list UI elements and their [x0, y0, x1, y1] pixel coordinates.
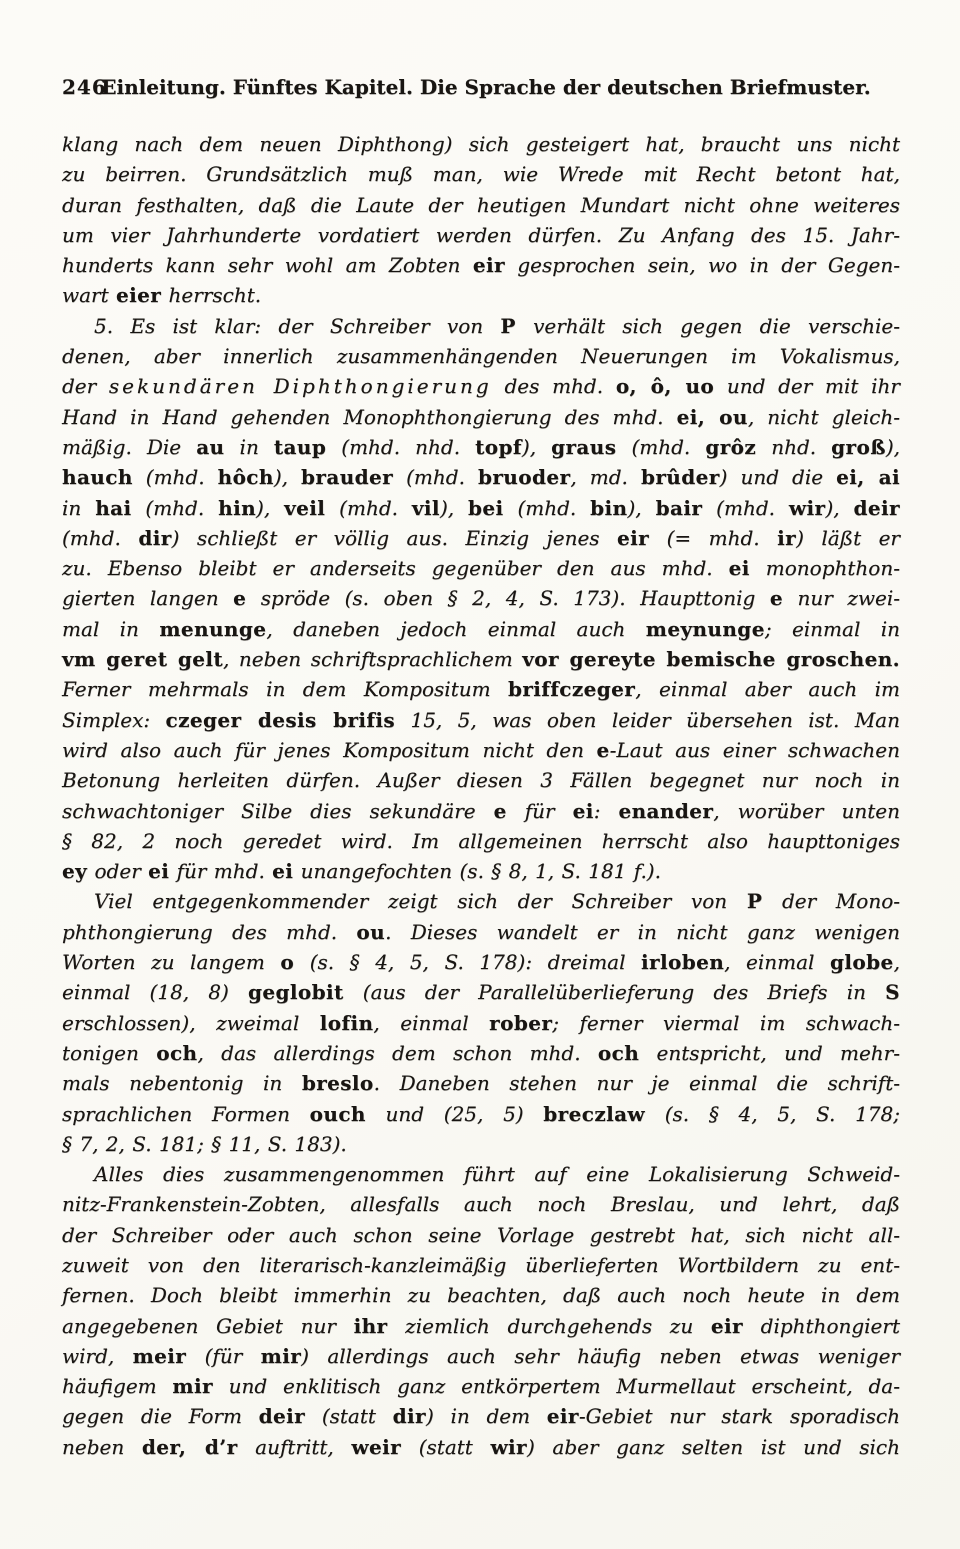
text-segment: spröde (s. oben § 2, 4, S. 173). Hauptto…	[246, 586, 770, 610]
book-page: 246 Einleitung. Fünftes Kapitel. Die Spr…	[0, 0, 960, 1549]
text-line: phthongierung des mhd. ou. Dieses wandel…	[62, 917, 900, 947]
text-line: neben der, d’r auftritt, weir (statt wir…	[62, 1432, 900, 1462]
text-segment: , einmal	[724, 950, 830, 974]
text-segment: des mhd.	[492, 374, 616, 398]
text-segment: ),	[628, 496, 656, 520]
text-segment: um vier Jahrhunderte vordatiert werden d…	[62, 223, 900, 247]
text-segment: (mhd.	[702, 496, 789, 520]
text-segment: hauch	[62, 465, 133, 489]
text-line: Simplex: czeger desis brifis 15, 5, was …	[62, 705, 900, 735]
text-segment: neben	[62, 1435, 142, 1459]
text-segment: menunge	[159, 617, 266, 641]
text-line: sprachlichen Formen ouch und (25, 5) bre…	[62, 1099, 900, 1129]
text-segment: ey	[62, 859, 87, 883]
page-header: 246 Einleitung. Fünftes Kapitel. Die Spr…	[62, 74, 900, 100]
text-segment: enander	[618, 799, 713, 823]
text-segment: veil	[284, 496, 325, 520]
text-line: wird, meir (für mir) allerdings auch seh…	[62, 1341, 900, 1371]
text-segment: brûder	[641, 465, 720, 489]
text-line: schwachtoniger Silbe dies sekundäre e fü…	[62, 796, 900, 826]
text-segment: ; ferner viermal im schwach-	[552, 1011, 900, 1035]
text-segment: (für	[186, 1344, 260, 1368]
text-segment: phthongierung des mhd.	[62, 920, 356, 944]
text-segment: Ferner mehrmals in dem Kompositum	[62, 677, 508, 701]
text-segment: ; einmal in	[765, 617, 900, 641]
text-segment: ziemlich durchgehends zu	[387, 1314, 710, 1338]
text-segment: für mhd.	[169, 859, 272, 883]
text-line: nitz-Frankenstein-Zobten, allesfalls auc…	[62, 1189, 900, 1219]
text-segment: tonigen	[62, 1041, 156, 1065]
text-line: einmal (18, 8) geglobit (aus der Paralle…	[62, 977, 900, 1007]
text-segment: meynunge	[646, 617, 765, 641]
text-segment: mir	[261, 1344, 302, 1368]
text-line: vm geret gelt, neben schriftsprachlichem…	[62, 644, 900, 674]
text-line: mals nebentonig in breslo. Daneben stehe…	[62, 1068, 900, 1098]
text-segment: lofin	[320, 1011, 374, 1035]
text-segment: (mhd.	[62, 526, 138, 550]
text-segment: und enklitisch ganz entkörpertem Murmell…	[213, 1374, 900, 1398]
text-segment: nur zwei-	[783, 586, 900, 610]
text-line: hunderts kann sehr wohl am Zobten eir ge…	[62, 250, 900, 280]
page-number: 246	[62, 74, 107, 100]
text-segment: angegebenen Gebiet nur	[62, 1314, 354, 1338]
text-segment: breslo	[302, 1071, 374, 1095]
text-segment: Hand in Hand gehenden Monophthongierung …	[62, 405, 677, 429]
text-segment: ),	[886, 435, 900, 459]
text-segment: briffczeger	[508, 677, 635, 701]
text-segment: ) schließt er völlig aus. Einzig jenes	[172, 526, 617, 550]
text-line: (mhd. dir) schließt er völlig aus. Einzi…	[62, 523, 900, 553]
text-segment: (aus der Parallelüberlieferung des Brief…	[344, 980, 886, 1004]
text-line: Alles dies zusammengenommen führt auf ei…	[62, 1159, 900, 1189]
text-segment: -Gebiet nur stark sporadisch	[579, 1404, 900, 1428]
text-segment: erschlossen), zweimal	[62, 1011, 320, 1035]
text-segment: ei	[148, 859, 169, 883]
text-segment: bair	[656, 496, 703, 520]
text-segment: eir	[547, 1404, 579, 1428]
text-segment: der Schreiber oder auch schon seine Vorl…	[62, 1223, 900, 1247]
text-segment: ),	[522, 435, 551, 459]
text-segment: ),	[256, 496, 284, 520]
text-segment: gierten langen	[62, 586, 233, 610]
text-segment: der, d’r	[142, 1435, 238, 1459]
text-line: wart eier herrscht.	[62, 280, 900, 310]
text-segment: vor gereyte bemische groschen.	[522, 647, 900, 671]
text-segment: e	[494, 799, 507, 823]
text-segment: irloben	[641, 950, 724, 974]
text-line: klang nach dem neuen Diphthong) sich ges…	[62, 129, 900, 159]
text-block: klang nach dem neuen Diphthong) sich ges…	[62, 129, 900, 1462]
text-segment: nhd.	[756, 435, 831, 459]
text-segment: in	[62, 496, 95, 520]
text-line: gegen die Form deir (statt dir) in dem e…	[62, 1401, 900, 1431]
text-segment: (statt	[305, 1404, 393, 1428]
text-segment: S	[885, 980, 900, 1004]
text-line: mäßig. Die au in taup (mhd. nhd. topf), …	[62, 432, 900, 462]
text-segment: Viel entgegenkommender zeigt sich der Sc…	[94, 889, 747, 913]
text-segment: bruoder	[478, 465, 570, 489]
text-segment: dir	[138, 526, 171, 550]
text-segment: ei	[729, 556, 750, 580]
text-segment: o, ô, uo	[616, 374, 714, 398]
text-segment: (mhd.	[133, 465, 218, 489]
text-segment: graus	[551, 435, 616, 459]
text-segment: wird also auch für jenes Kompositum nich…	[62, 738, 597, 762]
text-segment: entspricht, und mehr-	[639, 1041, 900, 1065]
text-line: fernen. Doch bleibt immerhin zu beachten…	[62, 1280, 900, 1310]
text-segment: für	[507, 799, 573, 823]
text-segment: sprachlichen Formen	[62, 1102, 310, 1126]
text-segment: hin	[218, 496, 256, 520]
text-segment: mals nebentonig in	[62, 1071, 302, 1095]
text-segment: , nicht gleich-	[748, 405, 900, 429]
text-segment: unangefochten (s. § 8, 1, S. 181 f.).	[293, 859, 661, 883]
text-line: Worten zu langem o (s. § 4, 5, S. 178): …	[62, 947, 900, 977]
text-segment: ),	[825, 496, 853, 520]
text-segment: ei	[573, 799, 594, 823]
text-line: in hai (mhd. hin), veil (mhd. vil), bei …	[62, 493, 900, 523]
text-segment: nitz-Frankenstein-Zobten, allesfalls auc…	[62, 1192, 900, 1216]
text-segment: -Laut aus einer schwachen	[610, 738, 900, 762]
text-segment: e	[233, 586, 246, 610]
text-segment: ) in dem	[426, 1404, 547, 1428]
text-segment: wir	[789, 496, 826, 520]
text-segment: eir	[711, 1314, 743, 1338]
text-segment: deir	[259, 1404, 305, 1428]
text-line: gierten langen e spröde (s. oben § 2, 4,…	[62, 583, 900, 613]
running-title: Einleitung. Fünftes Kapitel. Die Sprache…	[62, 74, 900, 100]
text-line: mal in menunge, daneben jedoch einmal au…	[62, 614, 900, 644]
text-segment: und (25, 5)	[366, 1102, 543, 1126]
text-segment: , neben schriftsprachlichem	[223, 647, 522, 671]
text-segment: der	[62, 374, 109, 398]
text-segment: Simplex:	[62, 708, 166, 732]
text-segment: verhält sich gegen die verschie-	[516, 314, 900, 338]
text-segment: § 82, 2 noch geredet wird. Im allgemeine…	[62, 829, 900, 853]
text-line: um vier Jahrhunderte vordatiert werden d…	[62, 220, 900, 250]
text-line: tonigen och, das allerdings dem schon mh…	[62, 1038, 900, 1068]
text-segment: (mhd. nhd.	[326, 435, 475, 459]
text-segment: häufigem	[62, 1374, 172, 1398]
text-segment: ei	[272, 859, 293, 883]
text-segment: breczlaw	[543, 1102, 645, 1126]
text-segment: zu beirren. Grundsätzlich muß man, wie W…	[62, 162, 900, 186]
text-segment: hai	[95, 496, 131, 520]
text-line: zu beirren. Grundsätzlich muß man, wie W…	[62, 159, 900, 189]
text-segment: taup	[274, 435, 326, 459]
text-segment: mal in	[62, 617, 159, 641]
text-segment: fernen. Doch bleibt immerhin zu beachten…	[62, 1283, 900, 1307]
text-segment: und der mit ihr	[714, 374, 900, 398]
text-segment: ),	[440, 496, 468, 520]
text-segment: e	[597, 738, 610, 762]
text-line: hauch (mhd. hôch), brauder (mhd. bruoder…	[62, 462, 900, 492]
text-line: wird also auch für jenes Kompositum nich…	[62, 735, 900, 765]
text-segment: au	[196, 435, 224, 459]
text-segment: diphthongiert	[743, 1314, 900, 1338]
text-line: angegebenen Gebiet nur ihr ziemlich durc…	[62, 1311, 900, 1341]
text-segment: auftritt,	[238, 1435, 352, 1459]
text-segment: vil	[412, 496, 440, 520]
text-segment: rober	[489, 1011, 552, 1035]
text-segment: gesprochen sein, wo in der Gegen-	[505, 253, 900, 277]
text-segment: :	[594, 799, 619, 823]
text-line: § 82, 2 noch geredet wird. Im allgemeine…	[62, 826, 900, 856]
text-segment: ouch	[310, 1102, 366, 1126]
text-segment: geglobit	[248, 980, 344, 1004]
text-segment: ihr	[354, 1314, 388, 1338]
text-segment: zuweit von den literarisch-kanzleimäßig …	[62, 1253, 900, 1277]
text-segment: weir	[351, 1435, 401, 1459]
text-segment: Betonung herleiten dürfen. Außer diesen …	[62, 768, 900, 792]
text-line: ey oder ei für mhd. ei unangefochten (s.…	[62, 856, 900, 886]
text-segment: herrscht.	[161, 283, 261, 307]
text-segment: eir	[473, 253, 505, 277]
text-segment: (statt	[401, 1435, 490, 1459]
text-segment: (mhd.	[504, 496, 591, 520]
text-segment: (mhd.	[393, 465, 478, 489]
text-line: Hand in Hand gehenden Monophthongierung …	[62, 402, 900, 432]
text-segment: denen, aber innerlich zusammenhängenden …	[62, 344, 900, 368]
text-line: zu. Ebenso bleibt er anderseits gegenübe…	[62, 553, 900, 583]
text-segment: P	[500, 314, 515, 338]
text-segment: ) aber ganz selten ist und sich	[527, 1435, 900, 1459]
text-segment: ei, ai	[836, 465, 900, 489]
text-segment: mir	[172, 1374, 213, 1398]
text-segment: monophthon-	[750, 556, 900, 580]
text-segment: gegen die Form	[62, 1404, 259, 1428]
text-segment: (mhd.	[325, 496, 412, 520]
text-segment: , worüber unten	[713, 799, 900, 823]
text-segment: § 7, 2, S. 181; § 11, S. 183).	[62, 1132, 347, 1156]
text-segment: dir	[393, 1404, 426, 1428]
text-segment: , daneben jedoch einmal auch	[266, 617, 645, 641]
text-segment: brauder	[301, 465, 393, 489]
text-segment: eir	[617, 526, 649, 550]
text-line: 5. Es ist klar: der Schreiber von P verh…	[62, 311, 900, 341]
text-segment: , einmal	[373, 1011, 489, 1035]
text-line: denen, aber innerlich zusammenhängenden …	[62, 341, 900, 371]
text-segment: (mhd.	[132, 496, 219, 520]
text-segment: einmal (18, 8)	[62, 980, 248, 1004]
text-segment: ),	[274, 465, 301, 489]
text-line: der Schreiber oder auch schon seine Vorl…	[62, 1220, 900, 1250]
text-segment: ir	[777, 526, 796, 550]
text-segment: 15, 5, was oben leider übersehen ist. Ma…	[395, 708, 900, 732]
text-segment: der Mono-	[762, 889, 900, 913]
text-segment: (s. § 4, 5, S. 178;	[645, 1102, 900, 1126]
text-segment: schwachtoniger Silbe dies sekundäre	[62, 799, 494, 823]
text-line: der sekundären Diphthongierung des mhd. …	[62, 371, 900, 401]
text-segment: wart	[62, 283, 116, 307]
text-segment: zu. Ebenso bleibt er anderseits gegenübe…	[62, 556, 729, 580]
text-segment: ou	[356, 920, 385, 944]
text-segment: wir	[490, 1435, 527, 1459]
text-segment: vm geret gelt	[62, 647, 223, 671]
text-segment: , einmal aber auch im	[635, 677, 900, 701]
text-segment: ) allerdings auch sehr häufig neben etwa…	[301, 1344, 900, 1368]
text-segment: grôz	[705, 435, 756, 459]
text-segment: o	[280, 950, 294, 974]
text-line: erschlossen), zweimal lofin, einmal robe…	[62, 1008, 900, 1038]
text-segment: , das allerdings dem schon mhd.	[197, 1041, 597, 1065]
text-segment: bei	[468, 496, 504, 520]
text-segment: ) läßt er	[796, 526, 900, 550]
text-line: Ferner mehrmals in dem Kompositum briffc…	[62, 674, 900, 704]
text-segment: Worten zu langem	[62, 950, 280, 974]
text-segment: 5. Es ist klar: der Schreiber von	[94, 314, 500, 338]
text-segment: sekundären Diphthongierung	[109, 374, 492, 398]
text-segment: in	[225, 435, 274, 459]
text-segment: e	[770, 586, 783, 610]
text-segment: (= mhd.	[649, 526, 777, 550]
text-segment: . Daneben stehen nur je einmal die schri…	[374, 1071, 900, 1095]
text-segment: topf	[475, 435, 522, 459]
text-segment: P	[747, 889, 762, 913]
text-segment: groß	[831, 435, 886, 459]
text-segment: eier	[116, 283, 161, 307]
text-segment: ) und die	[720, 465, 836, 489]
text-segment: hôch	[218, 465, 274, 489]
text-segment: deir	[854, 496, 900, 520]
text-segment: och	[598, 1041, 639, 1065]
text-segment: . Dieses wandelt er in nicht ganz wenige…	[385, 920, 900, 944]
text-line: Viel entgegenkommender zeigt sich der Sc…	[62, 886, 900, 916]
text-segment: Alles dies zusammengenommen führt auf ei…	[94, 1162, 900, 1186]
text-segment: hunderts kann sehr wohl am Zobten	[62, 253, 473, 277]
text-segment: oder	[87, 859, 148, 883]
text-segment: duran festhalten, daß die Laute der heut…	[62, 193, 900, 217]
text-segment: meir	[133, 1344, 187, 1368]
text-segment: (mhd.	[616, 435, 705, 459]
text-line: häufigem mir und enklitisch ganz entkörp…	[62, 1371, 900, 1401]
text-segment: och	[156, 1041, 197, 1065]
text-line: Betonung herleiten dürfen. Außer diesen …	[62, 765, 900, 795]
text-segment: klang nach dem neuen Diphthong) sich ges…	[62, 132, 900, 156]
text-segment: czeger desis brifis	[166, 708, 396, 732]
text-segment: ei, ou	[677, 405, 748, 429]
text-segment: bin	[590, 496, 627, 520]
text-line: zuweit von den literarisch-kanzleimäßig …	[62, 1250, 900, 1280]
text-segment: , md.	[570, 465, 641, 489]
text-segment: (s. § 4, 5, S. 178): dreimal	[294, 950, 641, 974]
text-segment: wird,	[62, 1344, 133, 1368]
text-segment: mäßig. Die	[62, 435, 196, 459]
text-line: § 7, 2, S. 181; § 11, S. 183).	[62, 1129, 900, 1159]
text-segment: ,	[894, 950, 900, 974]
text-segment: globe	[830, 950, 894, 974]
text-line: duran festhalten, daß die Laute der heut…	[62, 190, 900, 220]
